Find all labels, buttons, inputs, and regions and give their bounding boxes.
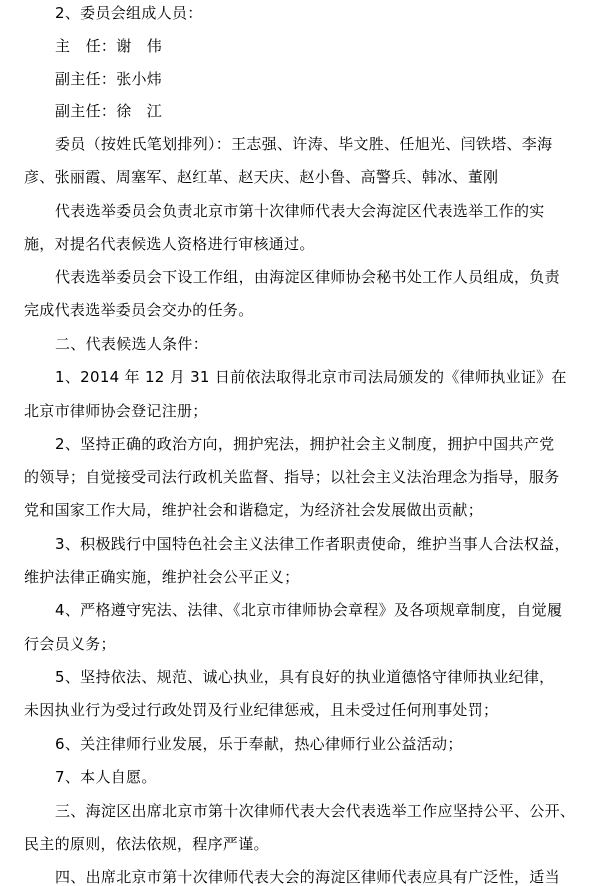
paragraph-first-line: 委员（按姓氏笔划排列）：王志强、许涛、毕文胜、任旭光、闫铁塔、李海 [55,134,552,154]
paragraph-continuation-line: 彦、张丽霞、周塞军、赵红革、赵天庆、赵小鲁、高警兵、韩冰、董刚 [24,167,498,187]
paragraph-first-line: 2、委员会组成人员： [55,3,203,23]
paragraph-first-line: 5、坚持依法、规范、诚心执业，具有良好的执业道德恪守律师执业纪律， [55,667,554,687]
paragraph-first-line: 主 任：谢 伟 [55,36,162,56]
paragraph-first-line: 副主任：徐 江 [55,101,162,121]
paragraph-continuation-line: 未因执业行为受过行政处罚及行业纪律惩戒，且未受过任何刑事处罚； [24,700,498,720]
paragraph-first-line: 7、本人自愿。 [55,767,157,787]
paragraph-first-line: 3、积极践行中国特色社会主义法律工作者职责使命，维护当事人合法权益， [55,534,570,554]
paragraph-first-line: 副主任：张小炜 [55,69,162,89]
paragraph-continuation-line: 维护法律正确实施，维护社会公平正义； [24,567,299,587]
paragraph-continuation-line: 民主的原则，依法依规，程序严谨。 [24,834,269,854]
paragraph-first-line: 四、出席北京市第十次律师代表大会的海淀区律师代表应具有广泛性，适当 [55,867,560,886]
paragraph-continuation-line: 党和国家工作大局，维护社会和谐稳定，为经济社会发展做出贡献； [24,500,483,520]
paragraph-first-line: 三、海淀区出席北京市第十次律师代表大会代表选举工作应坚持公平、公开、 [55,801,575,821]
paragraph-first-line: 二、代表候选人条件： [55,334,208,354]
paragraph-continuation-line: 北京市律师协会登记注册； [24,401,208,421]
paragraph-first-line: 6、关注律师行业发展，乐于奉献，热心律师行业公益活动； [55,734,463,754]
paragraph-continuation-line: 施，对提名代表候选人资格进行审核通过。 [24,234,315,254]
paragraph-continuation-line: 行会员义务； [24,634,116,654]
paragraph-first-line: 2、坚持正确的政治方向，拥护宪法，拥护社会主义制度，拥护中国共产党 [55,434,554,454]
paragraph-first-line: 4、严格遵守宪法、法律、《北京市律师协会章程》及各项规章制度，自觉履 [55,600,562,620]
paragraph-first-line: 代表选举委员会负责北京市第十次律师代表大会海淀区代表选举工作的实 [55,201,545,221]
paragraph-first-line: 代表选举委员会下设工作组，由海淀区律师协会秘书处工作人员组成，负责 [55,267,560,287]
paragraph-continuation-line: 的领导；自觉接受司法行政机关监督、指导；以社会主义法治理念为指导，服务 [24,467,560,487]
paragraph-continuation-line: 完成代表选举委员会交办的任务。 [24,300,254,320]
paragraph-first-line: 1、2014 年 12 月 31 日前依法取得北京市司法局颁发的《律师执业证》在 [55,367,567,387]
